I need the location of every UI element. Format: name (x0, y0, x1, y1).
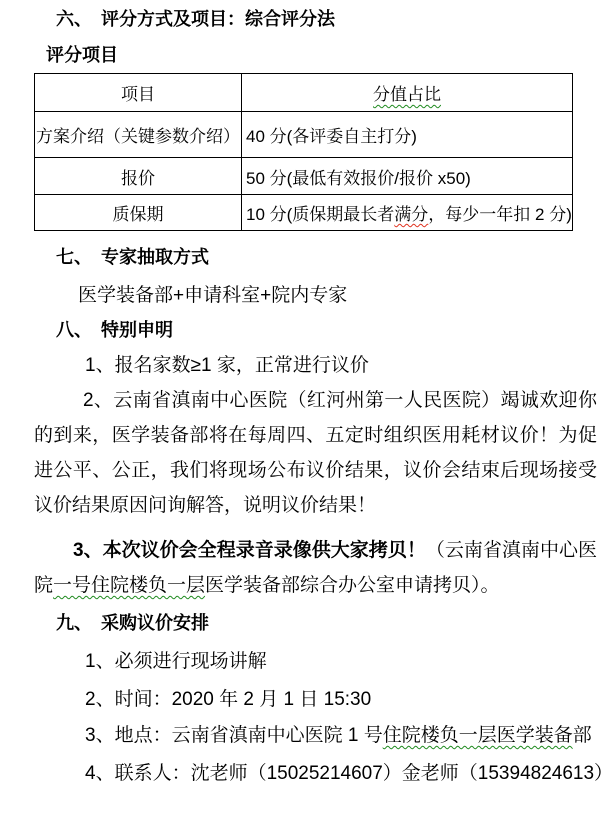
table-row: 方案介绍（关键参数介绍） 40 分(各评委自主打分) (35, 112, 573, 158)
arrangement-item-4: 4、联系人：沈老师（15025214607）金老师（15394824613） (85, 756, 597, 791)
section-6-number: 六、 (56, 9, 92, 29)
section-7-title: 专家抽取方式 (101, 247, 209, 267)
row-item-proposal: 方案介绍（关键参数介绍） (35, 112, 242, 158)
text-segment: 医学装备部综合办公室申请拷贝）。 (205, 575, 500, 596)
statement-item-2: 2、云南省滇南中心医院（红河州第一人民医院）竭诚欢迎你的到来，医学装备部将在每周… (34, 383, 597, 523)
table-row: 质保期 10 分(质保期最长者满分，每少一年扣 2 分) (35, 195, 573, 231)
scoring-items-label: 评分项目 (46, 38, 597, 73)
section-8-title: 特别申明 (101, 320, 173, 340)
text-segment: 住院楼负一层医学装备 (383, 725, 573, 746)
expert-source-text: 医学装备部+申请科室+院内专家 (78, 278, 597, 313)
text-segment: 满分 (394, 205, 428, 224)
section-6-title: 评分方式及项目：综合评分法 (101, 9, 335, 29)
table-header-row: 项目 分值占比 (35, 74, 573, 112)
row-value-warranty: 10 分(质保期最长者满分，每少一年扣 2 分) (242, 195, 573, 231)
text-segment: 3、地点：云南省滇南中心医院 1 号 (85, 725, 383, 746)
row-item-price: 报价 (35, 158, 242, 195)
section-7-heading: 七、专家抽取方式 (56, 240, 597, 275)
table-row: 报价 50 分(最低有效报价/报价 x50) (35, 158, 573, 195)
section-8-number: 八、 (56, 320, 92, 340)
statement-item-3: 3、本次议价会全程录音录像供大家拷贝！（云南省滇南中心医院一号住院楼负一层医学装… (34, 533, 597, 603)
document-page: 六、评分方式及项目：综合评分法 评分项目 项目 分值占比 方案介绍（关键参数介绍… (0, 0, 604, 791)
section-9-heading: 九、采购议价安排 (56, 606, 597, 641)
scoring-table: 项目 分值占比 方案介绍（关键参数介绍） 40 分(各评委自主打分) 报价 50… (34, 73, 573, 231)
row-value-proposal: 40 分(各评委自主打分) (242, 112, 573, 158)
statement-item-1: 1、报名家数≥1 家，正常进行议价 (85, 348, 597, 383)
text-segment: 10 分(质保期最长者 (246, 205, 394, 224)
text-segment: 部 (573, 725, 592, 746)
arrangement-item-2: 2、时间：2020 年 2 月 1 日 15:30 (85, 682, 597, 717)
column-header-score-share: 分值占比 (242, 74, 573, 112)
score-share-label: 分值占比 (373, 85, 441, 104)
section-7-number: 七、 (56, 247, 92, 267)
section-8-heading: 八、特别申明 (56, 313, 597, 348)
text-segment: ，每少一年扣 2 分) (428, 205, 572, 224)
arrangement-item-3: 3、地点：云南省滇南中心医院 1 号住院楼负一层医学装备部 (85, 718, 597, 753)
section-9-title: 采购议价安排 (101, 613, 209, 633)
column-header-item: 项目 (35, 74, 242, 112)
row-item-warranty: 质保期 (35, 195, 242, 231)
text-segment: 3、本次议价会全程录音录像供大家拷贝！ (73, 540, 426, 561)
arrangement-item-1: 1、必须进行现场讲解 (85, 644, 597, 679)
section-9-number: 九、 (56, 613, 92, 633)
text-segment: 一号住院楼负一层 (53, 575, 205, 596)
row-value-price: 50 分(最低有效报价/报价 x50) (242, 158, 573, 195)
section-6-heading: 六、评分方式及项目：综合评分法 (56, 2, 597, 37)
